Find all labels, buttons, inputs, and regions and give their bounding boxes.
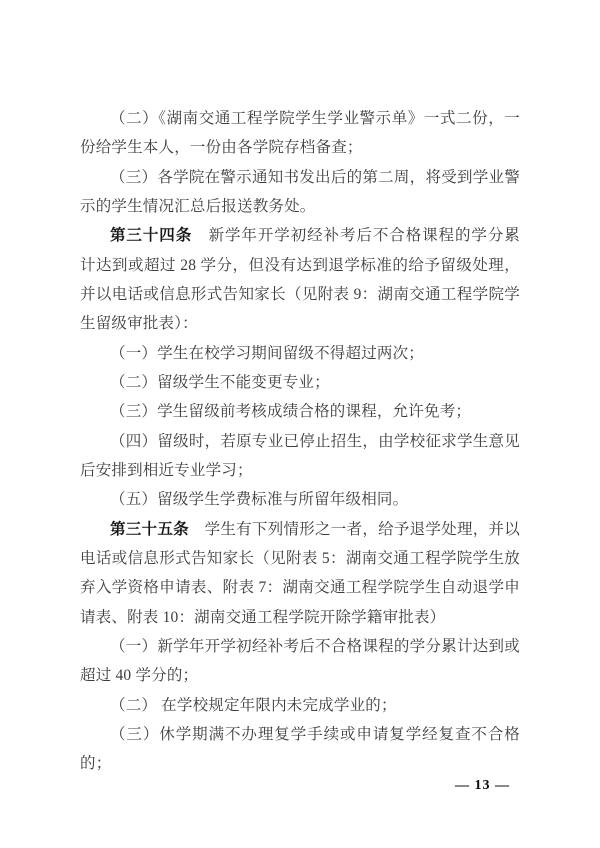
text-line: （一）新学年开学初经补考后不合格课程的学分累计达到或	[80, 632, 520, 661]
text-line: 份给学生本人，一份由各学院存档备查；	[80, 133, 520, 162]
text-line: （三）各学院在警示通知书发出后的第二周，将受到学业警	[80, 163, 520, 192]
text-line: 超过 40 学分的；	[80, 661, 520, 690]
text-line: （三）休学期满不办理复学手续或申请复学经复查不合格的；	[80, 720, 520, 779]
document-page: （二）《湖南交通工程学院学生学业警示单》一式二份，一份给学生本人，一份由各学院存…	[0, 0, 600, 848]
article-number: 第三十四条	[110, 227, 192, 244]
article-heading-line: 第三十五条 学生有下列情形之一者，给予退学处理，并以	[80, 515, 520, 544]
text-line: 生留级审批表）：	[80, 309, 520, 338]
text-line: （三）学生留级前考核成绩合格的课程，允许免考；	[80, 397, 520, 426]
page-footer: — 13 —	[0, 776, 600, 794]
text-line: 计达到或超过 28 学分，但没有达到退学标准的给予留级处理，	[80, 251, 520, 280]
text-line: 并以电话或信息形式告知家长（见附表 9：湖南交通工程学院学	[80, 280, 520, 309]
text-line: （二）《湖南交通工程学院学生学业警示单》一式二份，一	[80, 104, 520, 133]
text-line: 请表、附表 10：湖南交通工程学院开除学籍审批表）	[80, 603, 520, 632]
page-number: — 13 —	[455, 778, 510, 793]
text-line: （四）留级时，若原专业已停止招生，由学校征求学生意见	[80, 427, 520, 456]
text-line: 弃入学资格申请表、附表 7：湖南交通工程学院学生自动退学申	[80, 573, 520, 602]
text-line: （二）留级学生不能变更专业；	[80, 368, 520, 397]
article-heading-line: 第三十四条 新学年开学初经补考后不合格课程的学分累	[80, 221, 520, 250]
text-line: （五）留级学生学费标准与所留年级相同。	[80, 485, 520, 514]
text-line: 后安排到相近专业学习；	[80, 456, 520, 485]
text-line: 电话或信息形式告知家长（见附表 5：湖南交通工程学院学生放	[80, 544, 520, 573]
text-line: 示的学生情况汇总后报送教务处。	[80, 192, 520, 221]
document-body: （二）《湖南交通工程学院学生学业警示单》一式二份，一份给学生本人，一份由各学院存…	[0, 0, 600, 779]
article-number: 第三十五条	[110, 521, 189, 538]
text-line: （一）学生在校学习期间留级不得超过两次；	[80, 339, 520, 368]
text-line: （二） 在学校规定年限内未完成学业的；	[80, 691, 520, 720]
